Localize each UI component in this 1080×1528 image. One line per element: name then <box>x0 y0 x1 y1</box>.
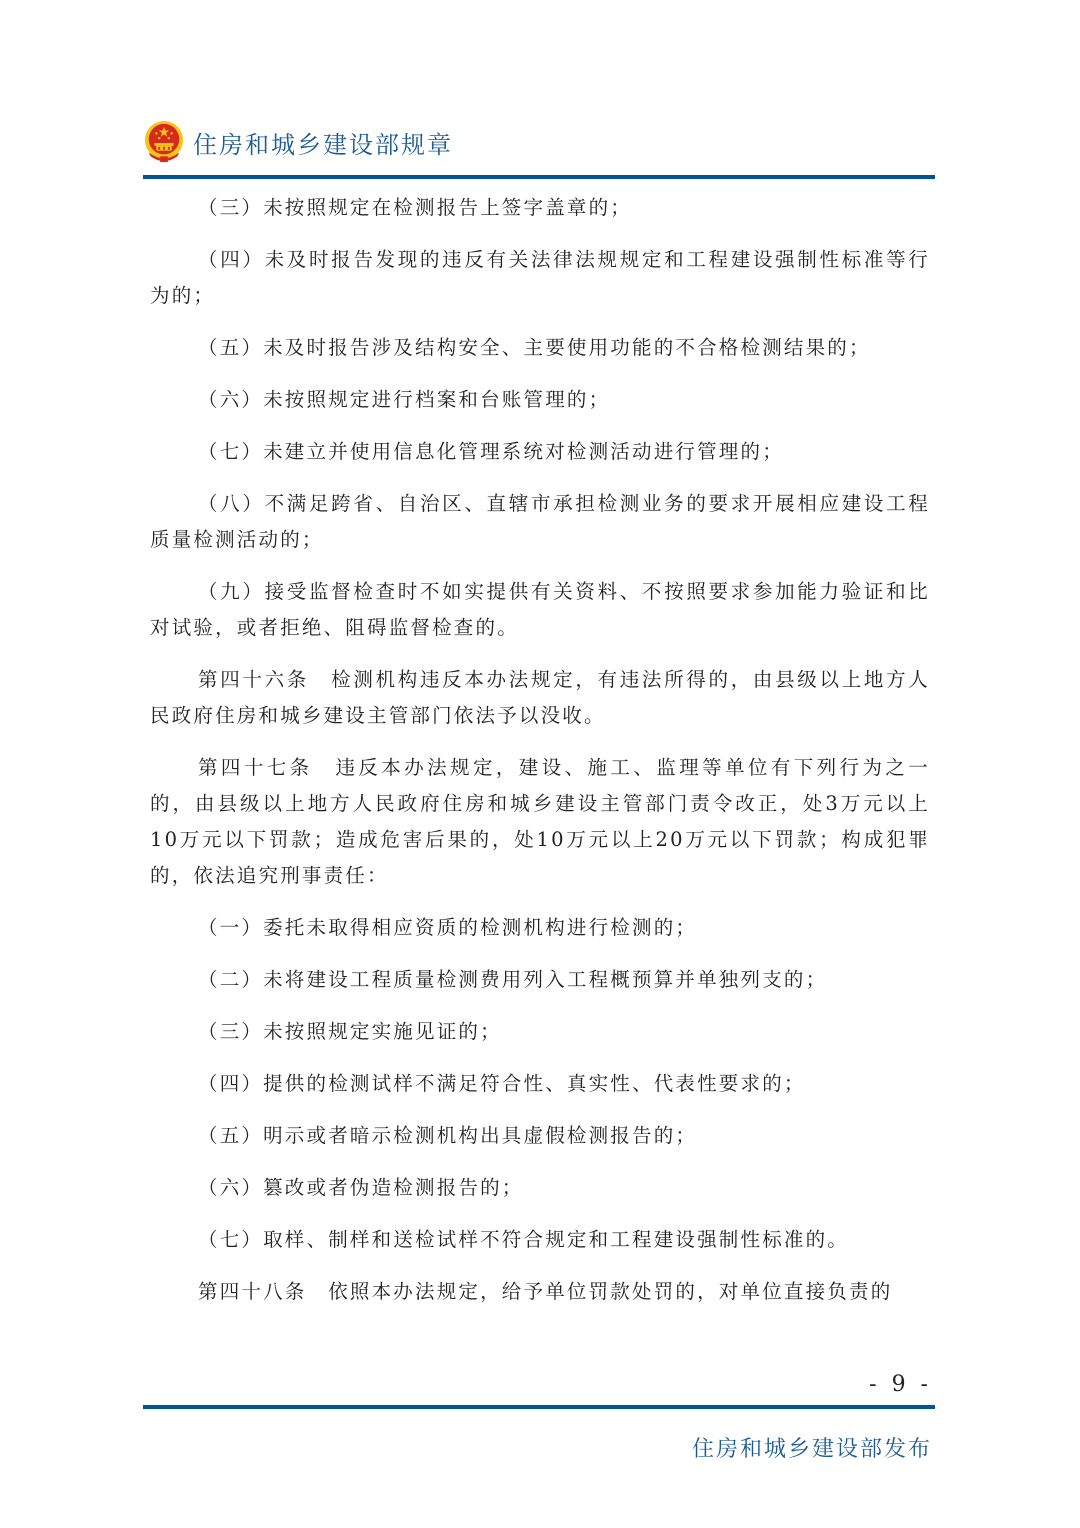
paragraph: （六）未按照规定进行档案和台账管理的； <box>150 382 930 418</box>
paragraph: （九）接受监督检查时不如实提供有关资料、不按照要求参加能力验证和比对试验，或者拒… <box>150 574 930 646</box>
paragraph: （五）未及时报告涉及结构安全、主要使用功能的不合格检测结果的； <box>150 330 930 366</box>
header-divider <box>143 175 935 179</box>
paragraph: （二）未将建设工程质量检测费用列入工程概预算并单独列支的； <box>150 962 930 998</box>
paragraph: （五）明示或者暗示检测机构出具虚假检测报告的； <box>150 1118 930 1154</box>
page-header: 住房和城乡建设部规章 <box>143 118 453 166</box>
paragraph: （七）取样、制样和送检试样不符合规定和工程建设强制性标准的。 <box>150 1222 930 1258</box>
paragraph: （三）未按照规定在检测报告上签字盖章的； <box>150 190 930 226</box>
paragraph: （一）委托未取得相应资质的检测机构进行检测的； <box>150 910 930 946</box>
article-48: 第四十八条 依照本办法规定，给予单位罚款处罚的，对单位直接负责的 <box>150 1274 930 1310</box>
paragraph: （四）提供的检测试样不满足符合性、真实性、代表性要求的； <box>150 1066 930 1102</box>
article-46: 第四十六条 检测机构违反本办法规定，有违法所得的，由县级以上地方人民政府住房和城… <box>150 662 930 734</box>
header-title: 住房和城乡建设部规章 <box>193 125 453 160</box>
document-body: （三）未按照规定在检测报告上签字盖章的； （四）未及时报告发现的违反有关法律法规… <box>150 190 930 1326</box>
article-47: 第四十七条 违反本办法规定，建设、施工、监理等单位有下列行为之一的，由县级以上地… <box>150 750 930 894</box>
footer-divider <box>143 1405 935 1409</box>
paragraph: （八）不满足跨省、自治区、直辖市承担检测业务的要求开展相应建设工程质量检测活动的… <box>150 486 930 558</box>
paragraph: （四）未及时报告发现的违反有关法律法规规定和工程建设强制性标准等行为的； <box>150 242 930 314</box>
paragraph: （三）未按照规定实施见证的； <box>150 1014 930 1050</box>
page-number: - 9 - <box>869 1372 932 1397</box>
paragraph: （六）篡改或者伪造检测报告的； <box>150 1170 930 1206</box>
paragraph: （七）未建立并使用信息化管理系统对检测活动进行管理的； <box>150 434 930 470</box>
national-emblem-icon <box>143 120 185 164</box>
footer-publisher: 住房和城乡建设部发布 <box>692 1432 932 1463</box>
